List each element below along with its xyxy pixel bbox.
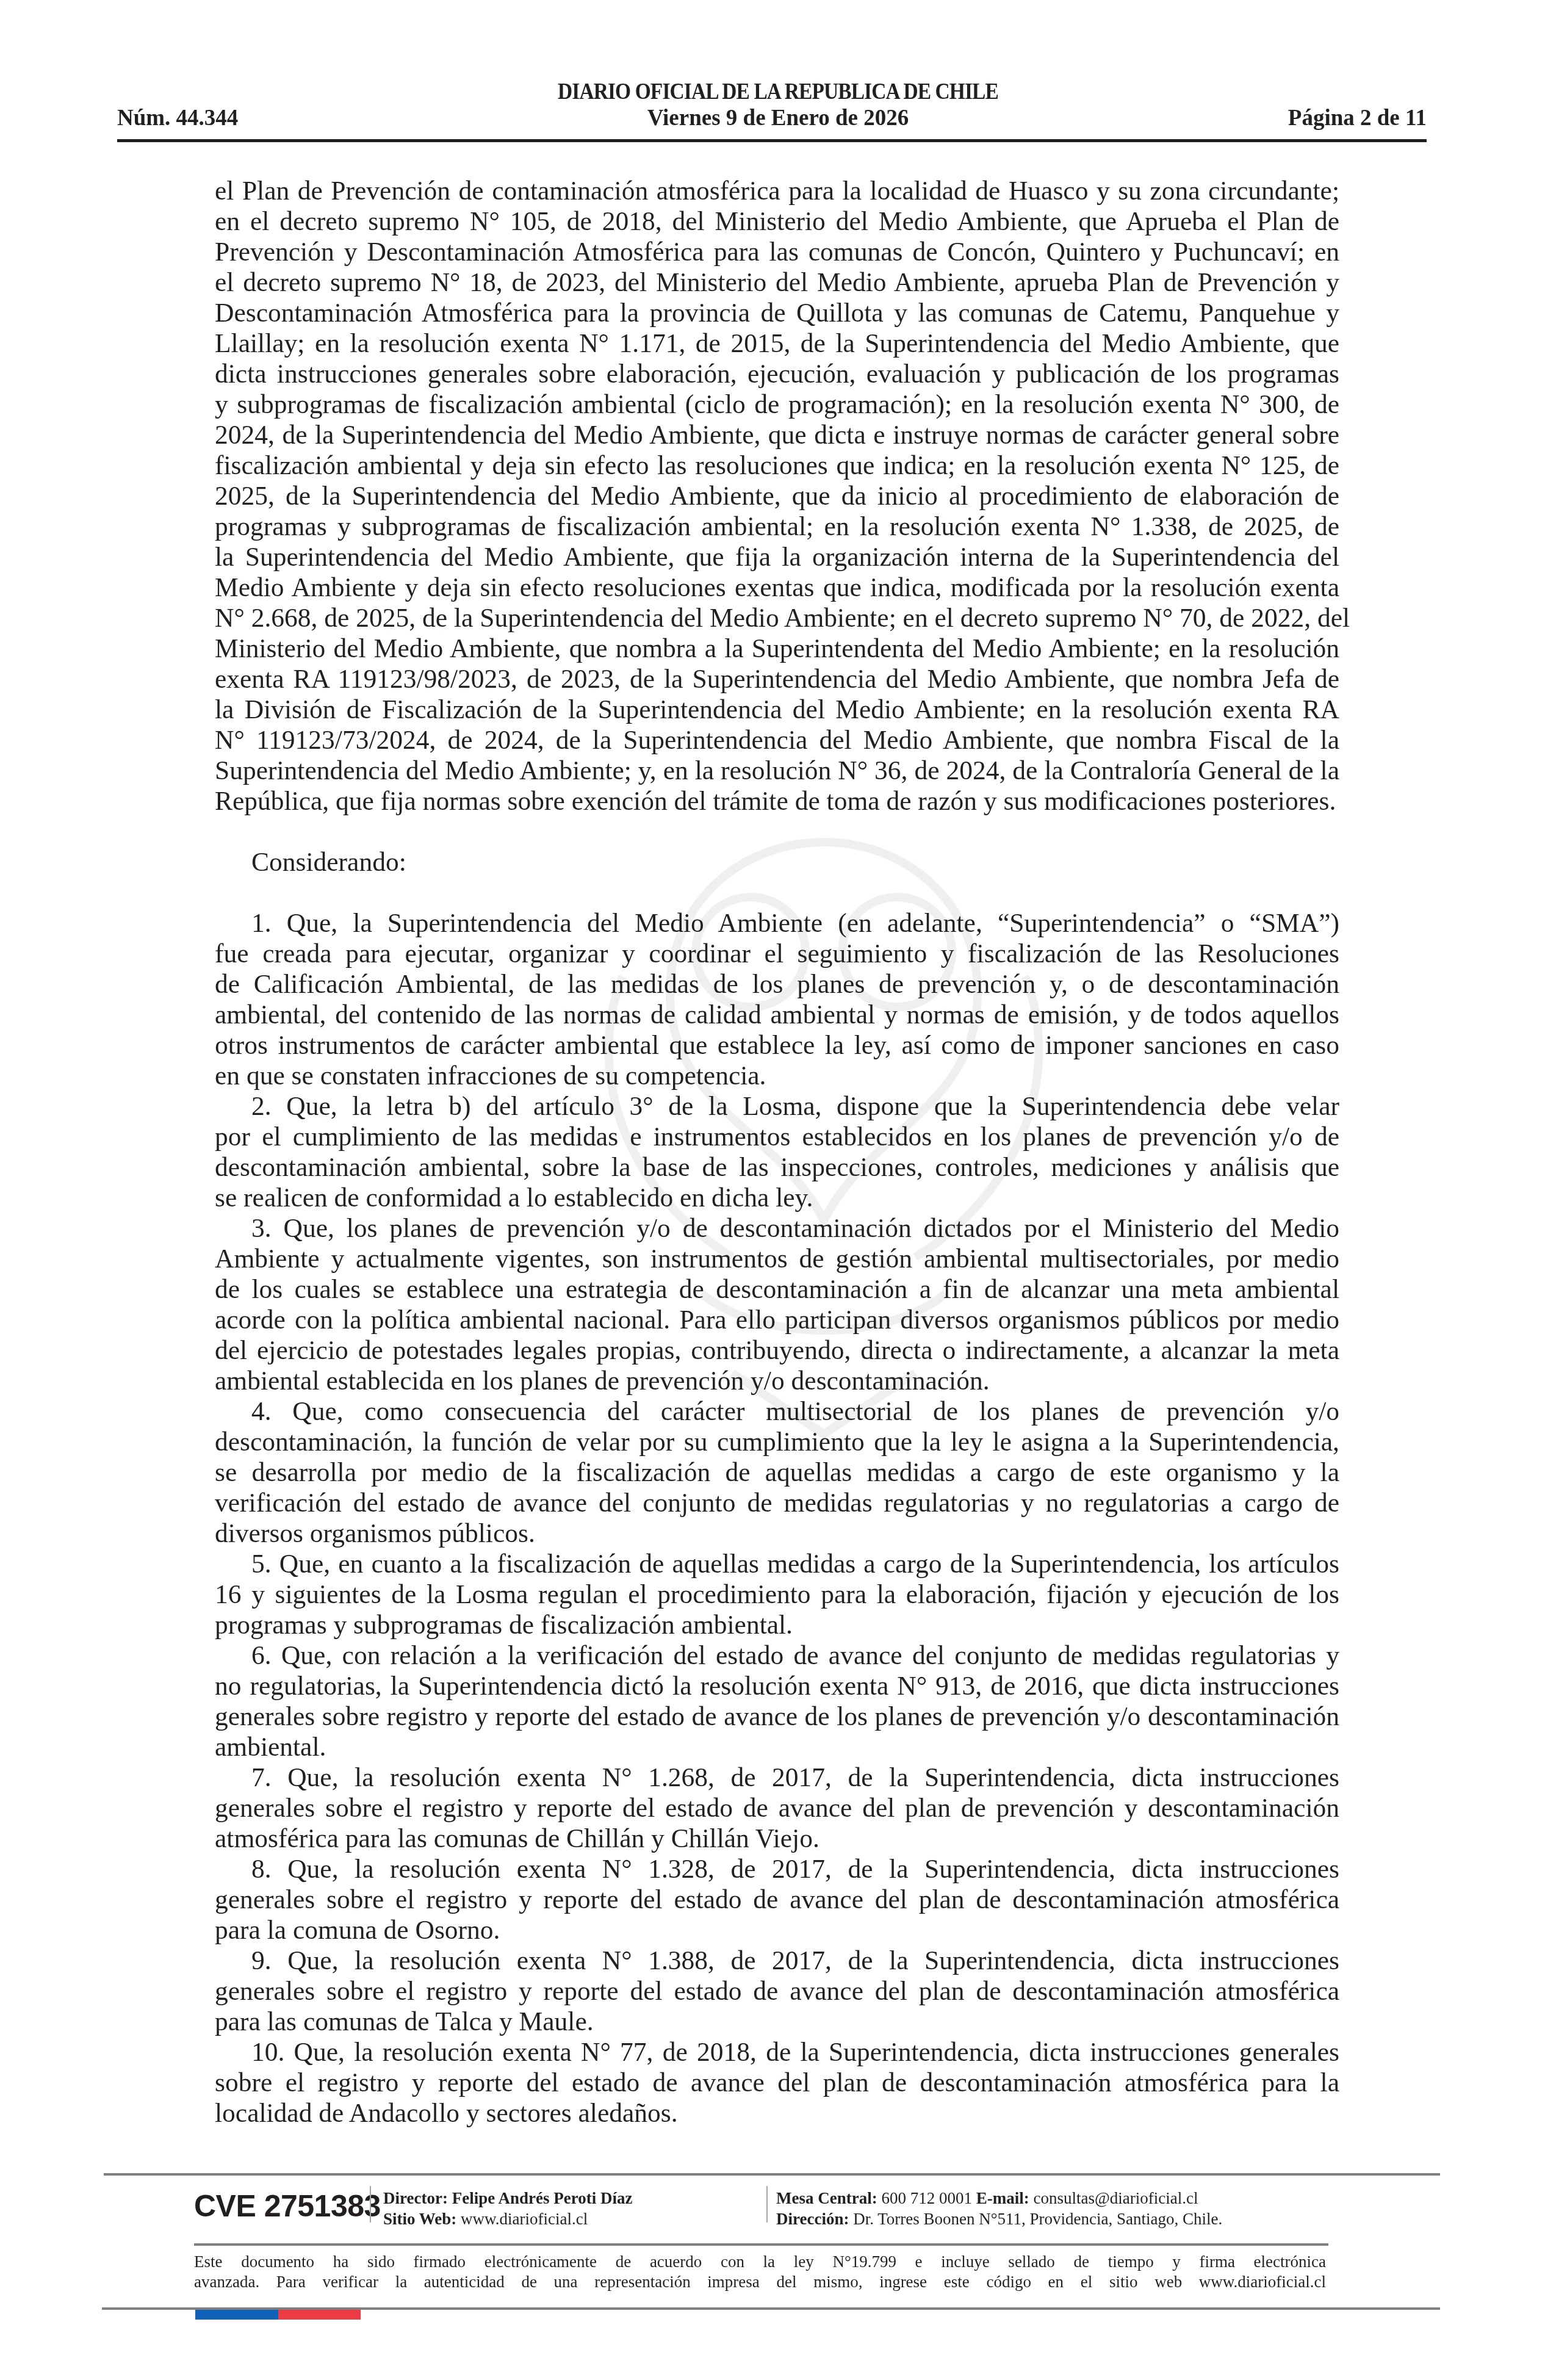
text-line: y subprogramas de fiscalización ambienta… [215,389,1339,420]
considerando-6: 6. Que, con relación a la verificación d… [215,1640,1339,1762]
text-line: Descontaminación Atmosférica para la pro… [215,298,1339,328]
flag-stripe-blue-icon [195,2310,278,2320]
cve-code: CVE 2751383 [194,2188,381,2224]
considerando-9: 9. Que, la resolución exenta N° 1.388, d… [215,1945,1339,2037]
text-line: para la comuna de Osorno. [215,1915,1339,1945]
document-body: el Plan de Prevención de contaminación a… [215,176,1339,2129]
text-line: se realicen de conformidad a lo establec… [215,1183,1339,1213]
text-line: del ejercicio de potestades legales prop… [215,1335,1339,1366]
text-line: Ministerio del Medio Ambiente, que nombr… [215,633,1339,664]
considerando-8: 8. Que, la resolución exenta N° 1.328, d… [215,1854,1339,1945]
text-line: programas y subprogramas de fiscalizació… [215,511,1339,542]
text-line: exenta RA 119123/98/2023, de 2023, de la… [215,664,1339,694]
email-label: E-mail: [976,2189,1029,2207]
text-line: N° 119123/73/2024, de 2024, de la Superi… [215,725,1339,755]
text-line: descontaminación ambiental, sobre la bas… [215,1152,1339,1183]
text-line: programas y subprogramas de fiscalizació… [215,1610,1339,1640]
considerando-10: 10. Que, la resolución exenta N° 77, de … [215,2037,1339,2129]
text-line: la Superintendencia del Medio Ambiente, … [215,542,1339,572]
spacer [215,817,1339,847]
director-label: Director: [383,2189,448,2207]
text-line: generales sobre el registro y reporte de… [215,1976,1339,2007]
text-line: Llaillay; en la resolución exenta N° 1.1… [215,328,1339,359]
text-line: fiscalización ambiental y deja sin efect… [215,450,1339,481]
text-line: Superintendencia del Medio Ambiente; y, … [215,755,1339,786]
text-line: el Plan de Prevención de contaminación a… [215,176,1339,206]
text-line: ambiental, del contenido de las normas d… [215,1000,1339,1030]
text-line: N° 2.668, de 2025, de la Superintendenci… [215,603,1339,633]
text-line: 1. Que, la Superintendencia del Medio Am… [215,908,1339,939]
text-line: por el cumplimiento de las medidas e ins… [215,1122,1339,1152]
text-line: otros instrumentos de carácter ambiental… [215,1030,1339,1061]
considerando-1: 1. Que, la Superintendencia del Medio Am… [215,908,1339,1091]
text-line: no regulatorias, la Superintendencia dic… [215,1671,1339,1701]
notice-line: Este documento ha sido firmado electróni… [194,2252,1326,2272]
text-line: Prevención y Descontaminación Atmosféric… [215,237,1339,267]
text-line: Ambiente y actualmente vigentes, son ins… [215,1244,1339,1274]
text-line: 4. Que, como consecuencia del carácter m… [215,1396,1339,1427]
considerando-4: 4. Que, como consecuencia del carácter m… [215,1396,1339,1549]
text-line: ambiental establecida en los planes de p… [215,1366,1339,1396]
text-line: República, que fija normas sobre exenció… [215,786,1339,817]
text-line: localidad de Andacollo y sectores aledañ… [215,2098,1339,2129]
text-line: acorde con la política ambiental naciona… [215,1305,1339,1335]
considerando-2: 2. Que, la letra b) del artículo 3° de l… [215,1091,1339,1213]
considerando-7: 7. Que, la resolución exenta N° 1.268, d… [215,1762,1339,1854]
flag-stripe-red-icon [278,2310,361,2320]
text-line: atmosférica para las comunas de Chillán … [215,1823,1339,1854]
text-line: 2025, de la Superintendencia del Medio A… [215,481,1339,511]
footer-divider-middle [194,2243,1328,2246]
publication-title: DIARIO OFICIAL DE LA REPUBLICA DE CHILE [93,78,1463,105]
footer-vertical-divider [766,2186,768,2223]
section-heading: Considerando: [215,847,1339,878]
text-line: generales sobre el registro y reporte de… [215,1884,1339,1915]
text-line: generales sobre el registro y reporte de… [215,1793,1339,1823]
text-line: 2. Que, la letra b) del artículo 3° de l… [215,1091,1339,1122]
text-line: 9. Que, la resolución exenta N° 1.388, d… [215,1945,1339,1976]
text-line: en que se constaten infracciones de su c… [215,1061,1339,1091]
text-line: el decreto supremo N° 18, de 2023, del M… [215,267,1339,298]
director-name: Felipe Andrés Peroti Díaz [452,2189,633,2207]
considerando-5: 5. Que, en cuanto a la fiscalización de … [215,1549,1339,1640]
footer-divider-top [104,2173,1440,2176]
text-line: ambiental. [215,1732,1339,1762]
text-line: fue creada para ejecutar, organizar y co… [215,939,1339,969]
text-line: 8. Que, la resolución exenta N° 1.328, d… [215,1854,1339,1884]
text-line: de los cuales se establece una estrategi… [215,1274,1339,1305]
text-line: 3. Que, los planes de prevención y/o de … [215,1213,1339,1244]
notice-line: avanzada. Para verificar la autenticidad… [194,2272,1326,2292]
website-link[interactable]: www.diarioficial.cl [461,2210,588,2228]
considerando-3: 3. Que, los planes de prevención y/o de … [215,1213,1339,1396]
text-line: 2024, de la Superintendencia del Medio A… [215,420,1339,450]
text-line: en el decreto supremo N° 105, de 2018, d… [215,206,1339,237]
intro-paragraph: el Plan de Prevención de contaminación a… [215,176,1339,817]
text-line: 16 y siguientes de la Losma regulan el p… [215,1579,1339,1610]
website-label: Sitio Web: [383,2210,456,2228]
text-line: de Calificación Ambiental, de las medida… [215,969,1339,1000]
text-line: 10. Que, la resolución exenta N° 77, de … [215,2037,1339,2068]
text-line: sobre el registro y reporte del estado d… [215,2068,1339,2098]
signature-notice: Este documento ha sido firmado electróni… [194,2252,1326,2292]
text-line: 5. Que, en cuanto a la fiscalización de … [215,1549,1339,1579]
text-line: generales sobre registro y reporte del e… [215,1701,1339,1732]
text-line: descontaminación, la función de velar po… [215,1427,1339,1457]
phone-label: Mesa Central: [776,2189,877,2207]
text-line: verificación del estado de avance del co… [215,1488,1339,1518]
text-line: dicta instrucciones generales sobre elab… [215,359,1339,389]
address: Dr. Torres Boonen N°511, Providencia, Sa… [853,2210,1222,2228]
footer-director-block: Director: Felipe Andrés Peroti Díaz Siti… [383,2188,632,2229]
text-line: 7. Que, la resolución exenta N° 1.268, d… [215,1762,1339,1793]
phone-number: 600 712 0001 [881,2189,972,2207]
address-label: Dirección: [776,2210,849,2228]
footer-vertical-divider [370,2186,371,2223]
text-line: 6. Que, con relación a la verificación d… [215,1640,1339,1671]
page-number: Página 2 de 11 [1288,105,1427,131]
spacer [215,878,1339,908]
email-link[interactable]: consultas@diarioficial.cl [1033,2189,1198,2207]
text-line: Medio Ambiente y deja sin efecto resoluc… [215,572,1339,603]
text-line: se desarrolla por medio de la fiscalizac… [215,1457,1339,1488]
text-line: diversos organismos públicos. [215,1518,1339,1549]
text-line: para las comunas de Talca y Maule. [215,2007,1339,2037]
footer-contact-block: Mesa Central: 600 712 0001 E-mail: consu… [776,2188,1222,2229]
text-line: la División de Fiscalización de la Super… [215,694,1339,725]
header-divider [117,139,1427,142]
